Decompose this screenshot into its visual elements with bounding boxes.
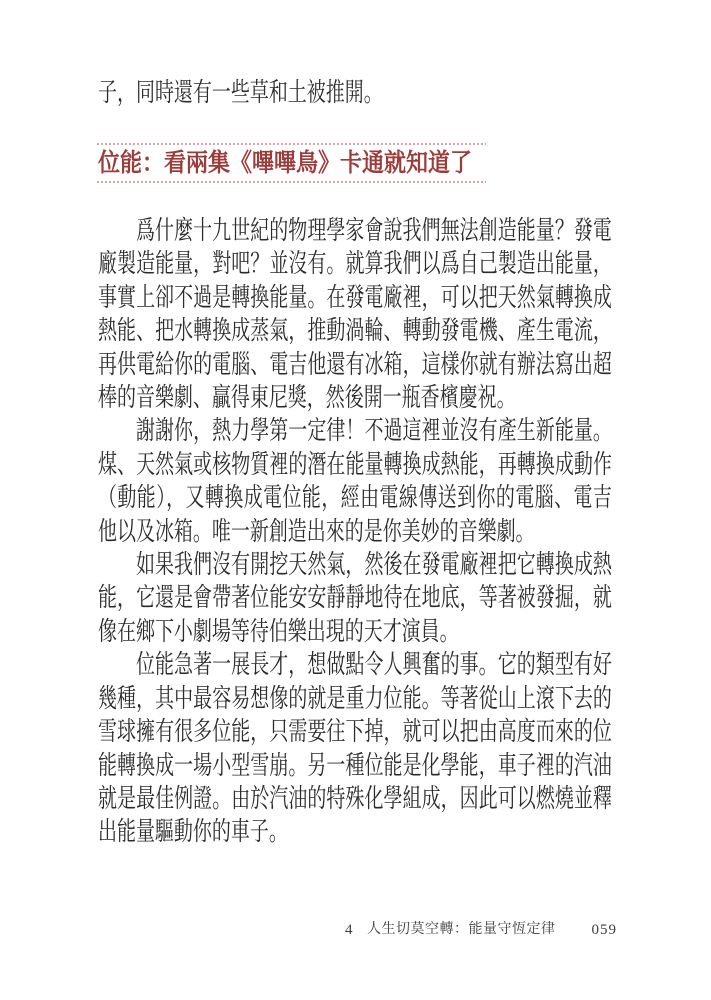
body-line: 雪球擁有很多位能，只需要往下掉，就可以把由高度而來的位 <box>98 715 612 748</box>
body-line: 爲什麼十九世紀的物理學家會說我們無法創造能量？發電 <box>98 214 612 247</box>
heading-divider-bottom <box>97 181 486 183</box>
body-line: 謝謝你，熱力學第一定律！不過這裡並沒有產生新能量。 <box>98 414 612 447</box>
body-line: 煤、天然氣或核物質裡的潛在能量轉換成熱能，再轉換成動作 <box>98 448 612 481</box>
opening-paragraph: 子，同時還有一些草和土被推開。 <box>98 76 612 109</box>
body-line: 事實上卻不過是轉換能量。在發電廠裡，可以把天然氣轉換成 <box>98 281 612 314</box>
body-line: 出能量驅動你的車子。 <box>98 815 612 848</box>
body-line: 位能急著一展長才，想做點令人興奮的事。它的類型有好 <box>98 648 612 681</box>
body-line: 熱能、把水轉換成蒸氣，推動渦輪、轉動發電機、產生電流， <box>98 314 612 347</box>
body-line: 像在鄉下小劇場等待伯樂出現的天才演員。 <box>98 615 612 648</box>
heading-divider-top <box>97 143 486 145</box>
body-line: 能轉換成一場小型雪崩。另一種位能是化學能，車子裡的汽油 <box>98 749 612 782</box>
footer-chapter-title: 人生切莫空轉：能量守恆定律 <box>367 920 556 940</box>
body-line: 棒的音樂劇、贏得東尼獎，然後開一瓶香檳慶祝。 <box>98 381 612 414</box>
body-text: 爲什麼十九世紀的物理學家會說我們無法創造能量？發電廠製造能量，對吧？並沒有。就算… <box>98 214 612 849</box>
book-page: 子，同時還有一些草和土被推開。 位能：看兩集《嗶嗶鳥》卡通就知道了 爲什麼十九世… <box>0 0 711 1000</box>
body-line: 再供電給你的電腦、電吉他還有冰箱，這樣你就有辦法寫出超 <box>98 348 612 381</box>
body-line: 就是最佳例證。由於汽油的特殊化學組成，因此可以燃燒並釋 <box>98 782 612 815</box>
body-line: 廠製造能量，對吧？並沒有。就算我們以爲自己製造出能量， <box>98 247 612 280</box>
footer-chapter-number: 4 <box>345 920 353 940</box>
body-line: 幾種，其中最容易想像的就是重力位能。等著從山上滾下去的 <box>98 682 612 715</box>
body-line: 他以及冰箱。唯一新創造出來的是你美妙的音樂劇。 <box>98 515 612 548</box>
body-line: 能，它還是會帶著位能安安靜靜地待在地底，等著被發掘，就 <box>98 581 612 614</box>
body-line: 如果我們沒有開挖天然氣，然後在發電廠裡把它轉換成熱 <box>98 548 612 581</box>
section-heading: 位能：看兩集《嗶嗶鳥》卡通就知道了 <box>98 149 472 179</box>
footer-page-number: 059 <box>592 920 618 940</box>
body-line: （動能），又轉換成電位能，經由電線傳送到你的電腦、電吉 <box>98 481 612 514</box>
opening-line: 子，同時還有一些草和土被推開。 <box>98 76 612 109</box>
